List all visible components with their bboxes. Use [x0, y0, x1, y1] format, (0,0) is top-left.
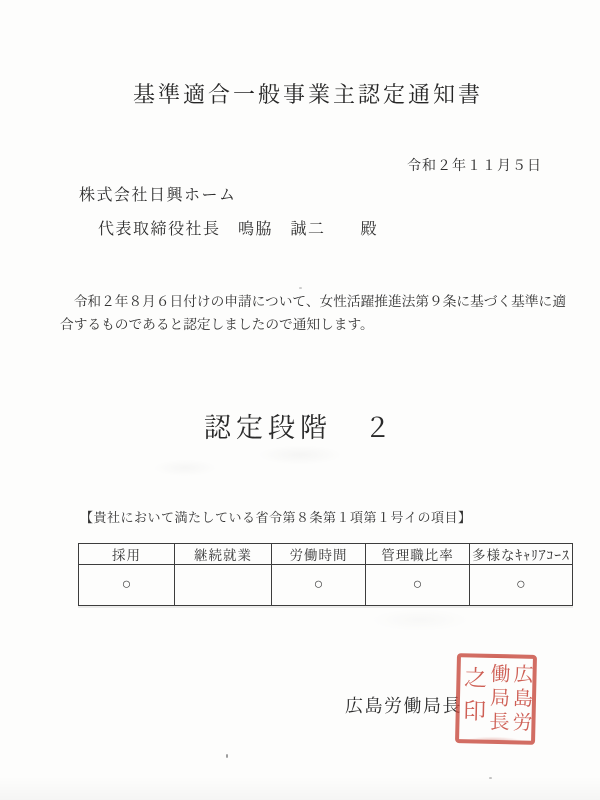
criteria-header-manager-ratio: 管理職比率 — [366, 544, 470, 565]
body-line-1: 令和２年８月６日付けの申請について、女性活躍推進法第９条に基づく基準に適 — [60, 291, 560, 314]
criteria-header-career-course: 多様なｷｬﾘｱｺｰｽ — [470, 544, 573, 565]
criteria-mark-recruitment: ○ — [79, 565, 175, 606]
criteria-mark-manager-ratio: ○ — [366, 565, 470, 606]
criteria-header-retention: 継続就業 — [175, 544, 272, 565]
scan-speck — [299, 287, 302, 289]
recipient-company: 株式会社日興ホーム — [79, 182, 237, 205]
certification-stage-label: 認定段階 — [204, 413, 332, 443]
seal-column-3: 之印 — [461, 665, 485, 732]
body-line-2: 合するものであると認定しましたので通知します。 — [60, 314, 560, 337]
criteria-mark-working-hours: ○ — [272, 565, 366, 606]
criteria-mark-career-course: ○ — [470, 565, 573, 606]
seal-column-2: 働局長 — [487, 663, 509, 735]
issuer-name: 広島労働局長 — [345, 692, 462, 718]
criteria-value-row: ○ ○ ○ ○ — [79, 565, 573, 606]
seal-column-1: 広島労 — [510, 663, 532, 735]
document-title: 基準適合一般事業主認定通知書 — [8, 78, 600, 109]
labor-bureau-seal: 広島労 働局長 之印 — [455, 653, 537, 745]
scan-speck — [226, 754, 228, 758]
recipient-addressee: 代表取締役社長 鳴脇 誠二 殿 — [98, 216, 378, 239]
issue-date: 令和２年１１月５日 — [407, 155, 542, 175]
criteria-section-heading: 【貴社において満たしている省令第８条第１項第１号イの項目】 — [80, 507, 472, 526]
certificate-page: 基準適合一般事業主認定通知書 令和２年１１月５日 株式会社日興ホーム 代表取締役… — [0, 0, 600, 800]
criteria-table: 採用 継続就業 労働時間 管理職比率 多様なｷｬﾘｱｺｰｽ ○ ○ ○ ○ — [78, 543, 573, 606]
certification-stage-value: ２ — [364, 413, 396, 443]
criteria-header-working-hours: 労働時間 — [272, 544, 366, 565]
body-paragraph: 令和２年８月６日付けの申請について、女性活躍推進法第９条に基づく基準に適 合する… — [60, 291, 560, 336]
criteria-mark-retention — [175, 565, 272, 606]
criteria-header-row: 採用 継続就業 労働時間 管理職比率 多様なｷｬﾘｱｺｰｽ — [79, 544, 573, 565]
scan-speck — [489, 777, 492, 779]
criteria-header-recruitment: 採用 — [79, 544, 175, 565]
certification-stage-line: 認定段階 ２ — [0, 406, 600, 445]
